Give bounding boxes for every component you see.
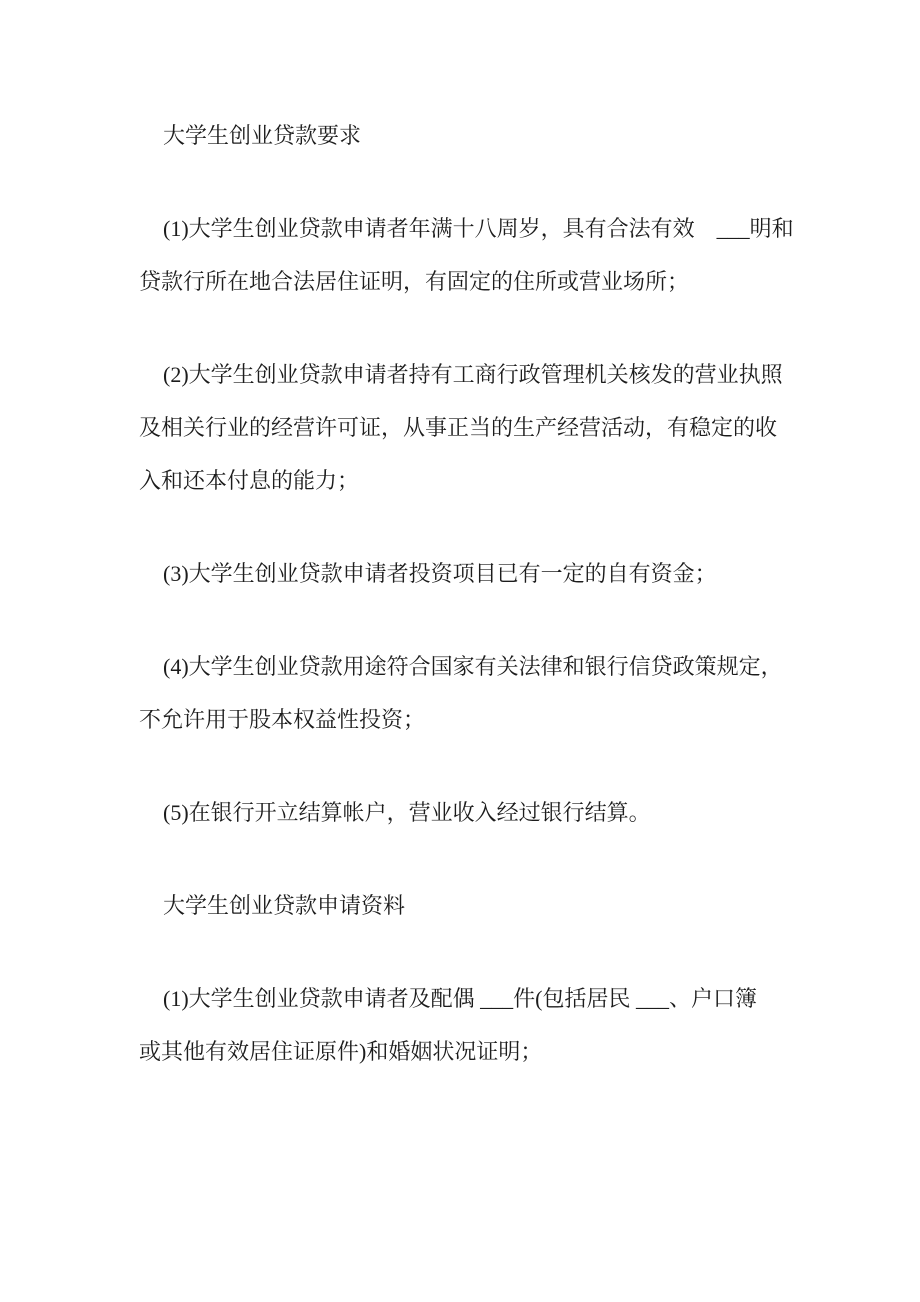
text-line: 或其他有效居住证原件)和婚姻状况证明； (139, 1025, 810, 1078)
paragraph-requirement-3: (3)大学生创业贷款申请者投资项目已有一定的自有资金； (139, 547, 810, 600)
text-line: 贷款行所在地合法居住证明，有固定的住所或营业场所； (139, 255, 810, 308)
paragraph-material-1: (1)大学生创业贷款申请者及配偶 ___件(包括居民 ___、户口簿 或其他有效… (139, 972, 810, 1078)
text-line: (4)大学生创业贷款用途符合国家有关法律和银行信贷政策规定， (139, 640, 810, 693)
section-heading-application-materials: 大学生创业贷款申请资料 (139, 879, 810, 932)
heading-text: 大学生创业贷款要求 (139, 109, 810, 162)
text-line: (2)大学生创业贷款申请者持有工商行政管理机关核发的营业执照 (139, 348, 810, 401)
heading-text: 大学生创业贷款申请资料 (139, 879, 810, 932)
section-heading-loan-requirements: 大学生创业贷款要求 (139, 109, 810, 162)
document-page: 大学生创业贷款要求 (1)大学生创业贷款申请者年满十八周岁，具有合法有效 ___… (0, 0, 920, 1302)
text-line: 入和还本付息的能力； (139, 454, 810, 507)
text-line: 及相关行业的经营许可证，从事正当的生产经营活动，有稳定的收 (139, 401, 810, 454)
paragraph-requirement-2: (2)大学生创业贷款申请者持有工商行政管理机关核发的营业执照 及相关行业的经营许… (139, 348, 810, 507)
paragraph-requirement-5: (5)在银行开立结算帐户，营业收入经过银行结算。 (139, 786, 810, 839)
text-line: (3)大学生创业贷款申请者投资项目已有一定的自有资金； (139, 547, 810, 600)
text-line: 不允许用于股本权益性投资； (139, 693, 810, 746)
paragraph-requirement-4: (4)大学生创业贷款用途符合国家有关法律和银行信贷政策规定， 不允许用于股本权益… (139, 640, 810, 746)
paragraph-requirement-1: (1)大学生创业贷款申请者年满十八周岁，具有合法有效 ___明和 贷款行所在地合… (139, 202, 810, 308)
text-line: (1)大学生创业贷款申请者及配偶 ___件(包括居民 ___、户口簿 (139, 972, 810, 1025)
text-line: (5)在银行开立结算帐户，营业收入经过银行结算。 (139, 786, 810, 839)
text-line: (1)大学生创业贷款申请者年满十八周岁，具有合法有效 ___明和 (139, 202, 810, 255)
